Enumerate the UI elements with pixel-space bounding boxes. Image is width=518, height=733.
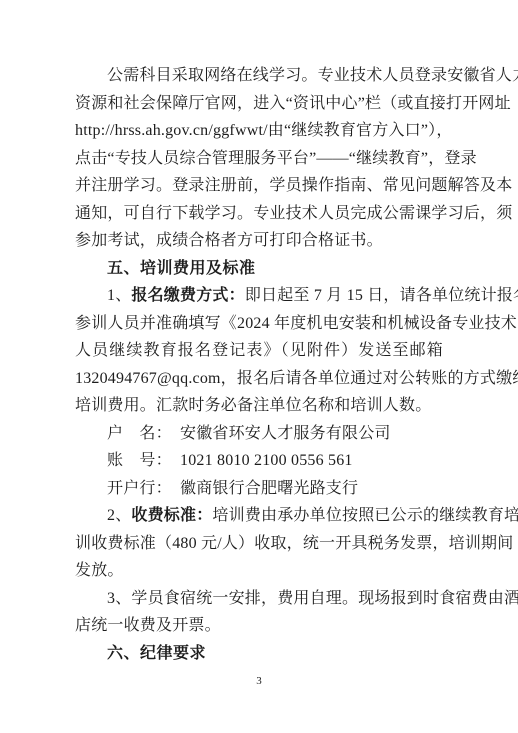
line-text: 培训费由承办单位按照已公示的继续教育培 [212,507,518,524]
list-item-registration: 1、报名缴费方式：即日起至 7 月 15 日，请各单位统计报名 [75,282,443,310]
bold-term: 报名缴费方式： [131,287,244,304]
paragraph-line: 公需科目采取网络在线学习。专业技术人员登录安徽省人力 [75,62,443,90]
paragraph-line: 发放。 [75,557,443,585]
bold-term: 收费标准： [131,507,212,524]
paragraph-line: 培训费用。汇款时务必备注单位名称和培训人数。 [75,392,443,420]
page-number: 3 [0,675,518,687]
paragraph-line: 参训人员并准确填写《2024 年度机电安装和机械设备专业技术 [75,310,443,338]
paragraph-line: 通知，可自行下载学习。专业技术人员完成公需课学习后，须 [75,200,443,228]
paragraph-line: 资源和社会保障厅官网，进入“资讯中心”栏（或直接打开网址 [75,90,443,118]
section-heading-fees: 五、培训费用及标准 [75,255,443,283]
line-text: 即日起至 7 月 15 日，请各单位统计报名 [245,287,518,304]
bank-account-name-line: 户 名： 安徽省环安人才服务有限公司 [75,420,443,448]
document-page: 公需科目采取网络在线学习。专业技术人员登录安徽省人力 资源和社会保障厅官网，进入… [0,0,518,733]
list-number: 2、 [107,507,131,524]
paragraph-line: 训收费标准（480 元/人）收取，统一开具税务发票，培训期间 [75,530,443,558]
list-item-accommodation: 3、学员食宿统一安排，费用自理。现场报到时食宿费由酒 [75,585,443,613]
paragraph-line: 店统一收费及开票。 [75,612,443,640]
paragraph-line: 参加考试，成绩合格者方可打印合格证书。 [75,227,443,255]
list-number: 1、 [107,287,131,304]
url-line: http://hrss.ah.gov.cn/ggfwwt/由“继续教育官方入口”… [75,117,443,145]
paragraph-line: 点击“专技人员综合管理服务平台”——“继续教育”，登录 [75,145,443,173]
bank-account-number-line: 账 号： 1021 8010 2100 0556 561 [75,447,443,475]
bank-branch-line: 开户行： 徽商银行合肥曙光路支行 [75,475,443,503]
paragraph-line-justified: 人员继续教育报名登记表》（见附件）发送至邮箱 [75,337,443,365]
section-heading-discipline: 六、纪律要求 [75,640,443,668]
paragraph-line: 并注册学习。登录注册前，学员操作指南、常见问题解答及本 [75,172,443,200]
document-body: 公需科目采取网络在线学习。专业技术人员登录安徽省人力 资源和社会保障厅官网，进入… [75,62,443,667]
list-item-fee-standard: 2、收费标准：培训费由承办单位按照已公示的继续教育培 [75,502,443,530]
email-line: 1320494767@qq.com，报名后请各单位通过对公转账的方式缴纳 [75,365,443,393]
